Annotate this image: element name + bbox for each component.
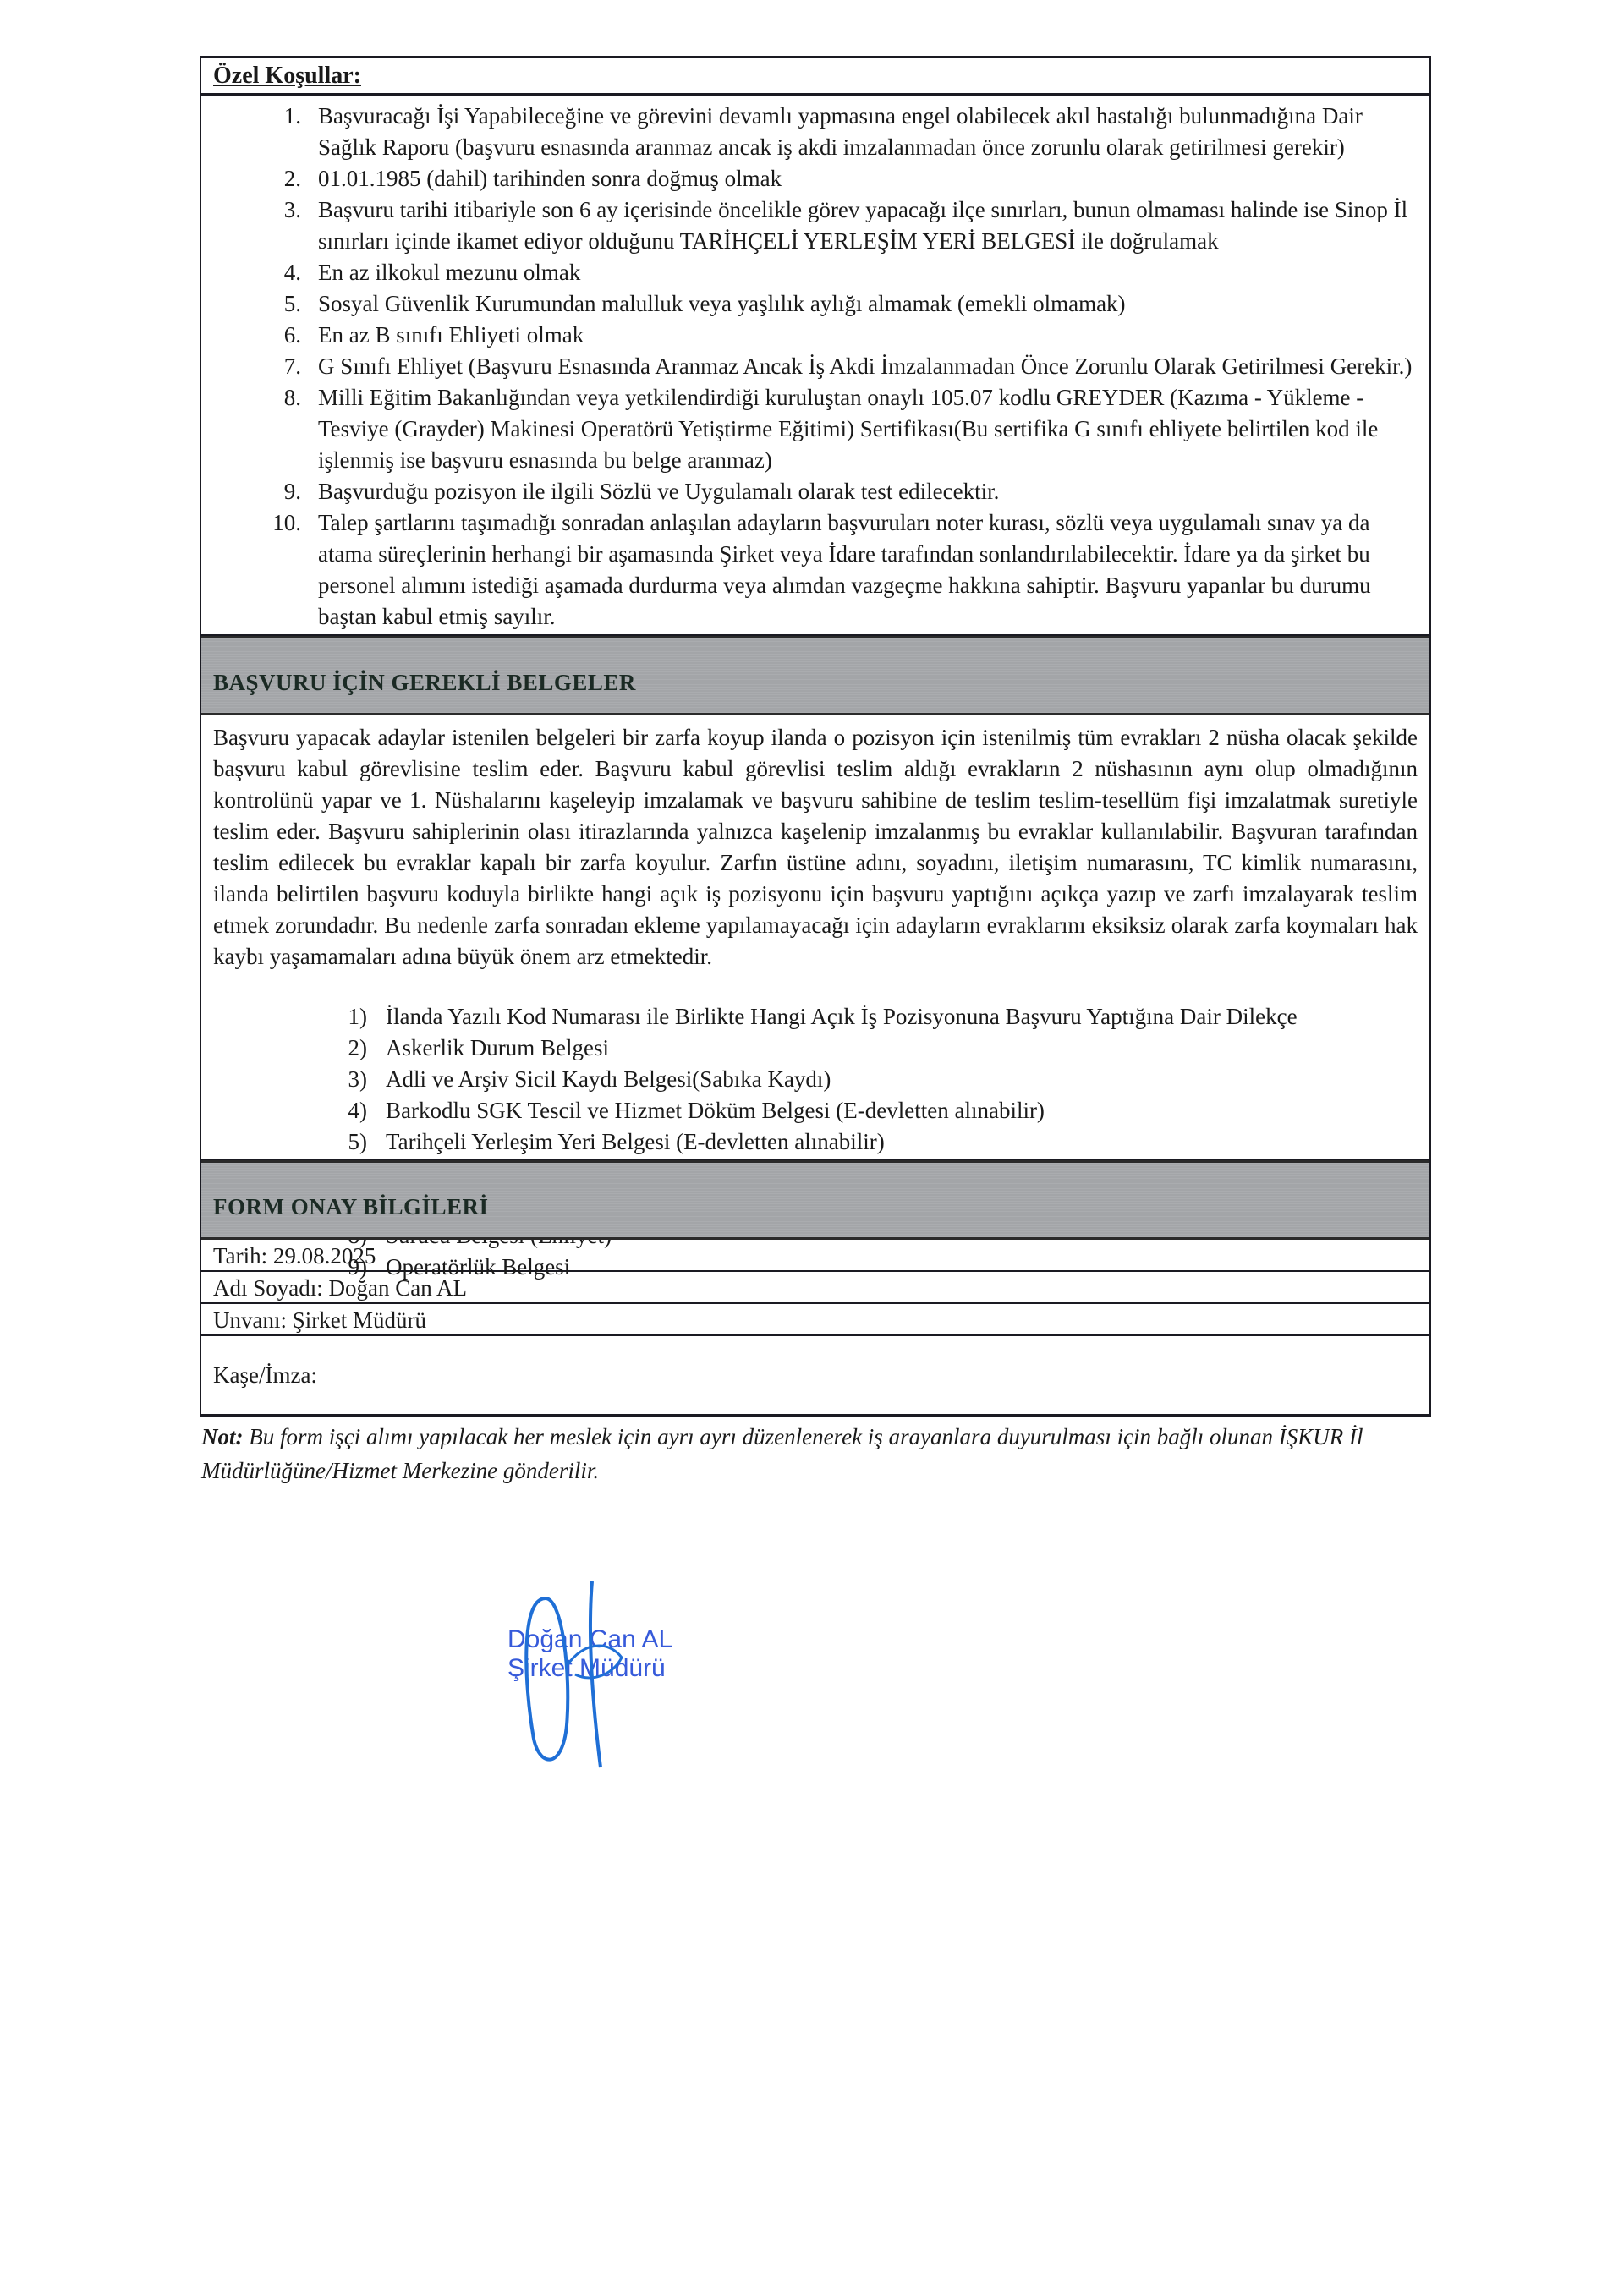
required-documents-body: Başvuru yapacak adaylar istenilen belgel… bbox=[201, 715, 1429, 1159]
condition-text: En az B sınıfı Ehliyeti olmak bbox=[318, 320, 1413, 351]
required-documents-intro: Başvuru yapacak adaylar istenilen belgel… bbox=[213, 722, 1418, 973]
approval-title: Unvanı: Şirket Müdürü bbox=[201, 1304, 1429, 1336]
document-text: Tarihçeli Yerleşim Yeri Belgesi (E-devle… bbox=[386, 1126, 1418, 1158]
stamp-line-2: Şirket Müdürü bbox=[507, 1654, 672, 1683]
required-documents-title: BAŞVURU İÇİN GEREKLİ BELGELER bbox=[213, 670, 636, 696]
condition-item: 6.En az B sınıfı Ehliyeti olmak bbox=[201, 320, 1413, 351]
condition-number: 2. bbox=[201, 163, 318, 195]
document-number: 4) bbox=[213, 1095, 386, 1126]
note-text: Bu form işçi alımı yapılacak her meslek … bbox=[201, 1424, 1363, 1483]
stamp-line-1: Doğan Can AL bbox=[507, 1625, 672, 1654]
form-approval-section: FORM ONAY BİLGİLERİ Tarih: 29.08.2025 Ad… bbox=[200, 1159, 1431, 1417]
condition-number: 1. bbox=[201, 101, 318, 163]
condition-item: 5.Sosyal Güvenlik Kurumundan malulluk ve… bbox=[201, 288, 1413, 320]
condition-number: 10. bbox=[201, 507, 318, 633]
document-number: 3) bbox=[213, 1064, 386, 1095]
condition-number: 8. bbox=[201, 382, 318, 476]
form-approval-header: FORM ONAY BİLGİLERİ bbox=[201, 1160, 1429, 1240]
condition-text: Başvurduğu pozisyon ile ilgili Sözlü ve … bbox=[318, 476, 1413, 507]
condition-text: En az ilkokul mezunu olmak bbox=[318, 257, 1413, 288]
document-item: 2)Askerlik Durum Belgesi bbox=[213, 1033, 1418, 1064]
special-conditions-title: Özel Koşullar: bbox=[201, 58, 1429, 96]
required-documents-section: BAŞVURU İÇİN GEREKLİ BELGELER Başvuru ya… bbox=[200, 634, 1431, 1159]
condition-item: 2.01.01.1985 (dahil) tarihinden sonra do… bbox=[201, 163, 1413, 195]
approval-stamp-row: Kaşe/İmza: bbox=[201, 1336, 1429, 1417]
footer-note: Not: Bu form işçi alımı yapılacak her me… bbox=[200, 1417, 1453, 1488]
special-conditions-list: 1.Başvuracağı İşi Yapabileceğine ve göre… bbox=[201, 96, 1429, 634]
condition-number: 9. bbox=[201, 476, 318, 507]
condition-text: Milli Eğitim Bakanlığından veya yetkilen… bbox=[318, 382, 1413, 476]
condition-item: 9.Başvurduğu pozisyon ile ilgili Sözlü v… bbox=[201, 476, 1413, 507]
document-number: 2) bbox=[213, 1033, 386, 1064]
document-item: 1)İlanda Yazılı Kod Numarası ile Birlikt… bbox=[213, 1001, 1418, 1033]
document-text: İlanda Yazılı Kod Numarası ile Birlikte … bbox=[386, 1001, 1418, 1033]
condition-number: 7. bbox=[201, 351, 318, 382]
condition-item: 1.Başvuracağı İşi Yapabileceğine ve göre… bbox=[201, 101, 1413, 163]
condition-text: Başvuru tarihi itibariyle son 6 ay içeri… bbox=[318, 195, 1413, 257]
document-number: 1) bbox=[213, 1001, 386, 1033]
condition-item: 8.Milli Eğitim Bakanlığından veya yetkil… bbox=[201, 382, 1413, 476]
stamp-label: Kaşe/İmza: bbox=[213, 1362, 317, 1388]
condition-item: 7.G Sınıfı Ehliyet (Başvuru Esnasında Ar… bbox=[201, 351, 1413, 382]
document-text: Operatörlük Belgesi bbox=[386, 1252, 1418, 1283]
form-approval-title: FORM ONAY BİLGİLERİ bbox=[213, 1194, 489, 1220]
condition-item: 3.Başvuru tarihi itibariyle son 6 ay içe… bbox=[201, 195, 1413, 257]
condition-number: 3. bbox=[201, 195, 318, 257]
document-text: Barkodlu SGK Tescil ve Hizmet Döküm Belg… bbox=[386, 1095, 1418, 1126]
special-conditions-section: Özel Koşullar: 1.Başvuracağı İşi Yapabil… bbox=[200, 56, 1431, 634]
condition-text: Başvuracağı İşi Yapabileceğine ve görevi… bbox=[318, 101, 1413, 163]
condition-text: Talep şartlarını taşımadığı sonradan anl… bbox=[318, 507, 1413, 633]
condition-item: 4.En az ilkokul mezunu olmak bbox=[201, 257, 1413, 288]
form-page: Özel Koşullar: 1.Başvuracağı İşi Yapabil… bbox=[200, 56, 1431, 1488]
condition-number: 4. bbox=[201, 257, 318, 288]
document-text: Adli ve Arşiv Sicil Kaydı Belgesi(Sabıka… bbox=[386, 1064, 1418, 1095]
company-stamp: Doğan Can AL Şirket Müdürü bbox=[507, 1625, 672, 1683]
condition-text: 01.01.1985 (dahil) tarihinden sonra doğm… bbox=[318, 163, 1413, 195]
condition-text: G Sınıfı Ehliyet (Başvuru Esnasında Aran… bbox=[318, 351, 1413, 382]
required-documents-list: 1)İlanda Yazılı Kod Numarası ile Birlikt… bbox=[213, 1001, 1418, 1283]
document-item: 4)Barkodlu SGK Tescil ve Hizmet Döküm Be… bbox=[213, 1095, 1418, 1126]
condition-number: 6. bbox=[201, 320, 318, 351]
document-text: Askerlik Durum Belgesi bbox=[386, 1033, 1418, 1064]
required-documents-header: BAŞVURU İÇİN GEREKLİ BELGELER bbox=[201, 636, 1429, 715]
document-item: 5)Tarihçeli Yerleşim Yeri Belgesi (E-dev… bbox=[213, 1126, 1418, 1158]
condition-text: Sosyal Güvenlik Kurumundan malulluk veya… bbox=[318, 288, 1413, 320]
condition-number: 5. bbox=[201, 288, 318, 320]
document-item: 3)Adli ve Arşiv Sicil Kaydı Belgesi(Sabı… bbox=[213, 1064, 1418, 1095]
condition-item: 10.Talep şartlarını taşımadığı sonradan … bbox=[201, 507, 1413, 633]
document-number: 5) bbox=[213, 1126, 386, 1158]
note-label: Not: bbox=[201, 1424, 244, 1449]
